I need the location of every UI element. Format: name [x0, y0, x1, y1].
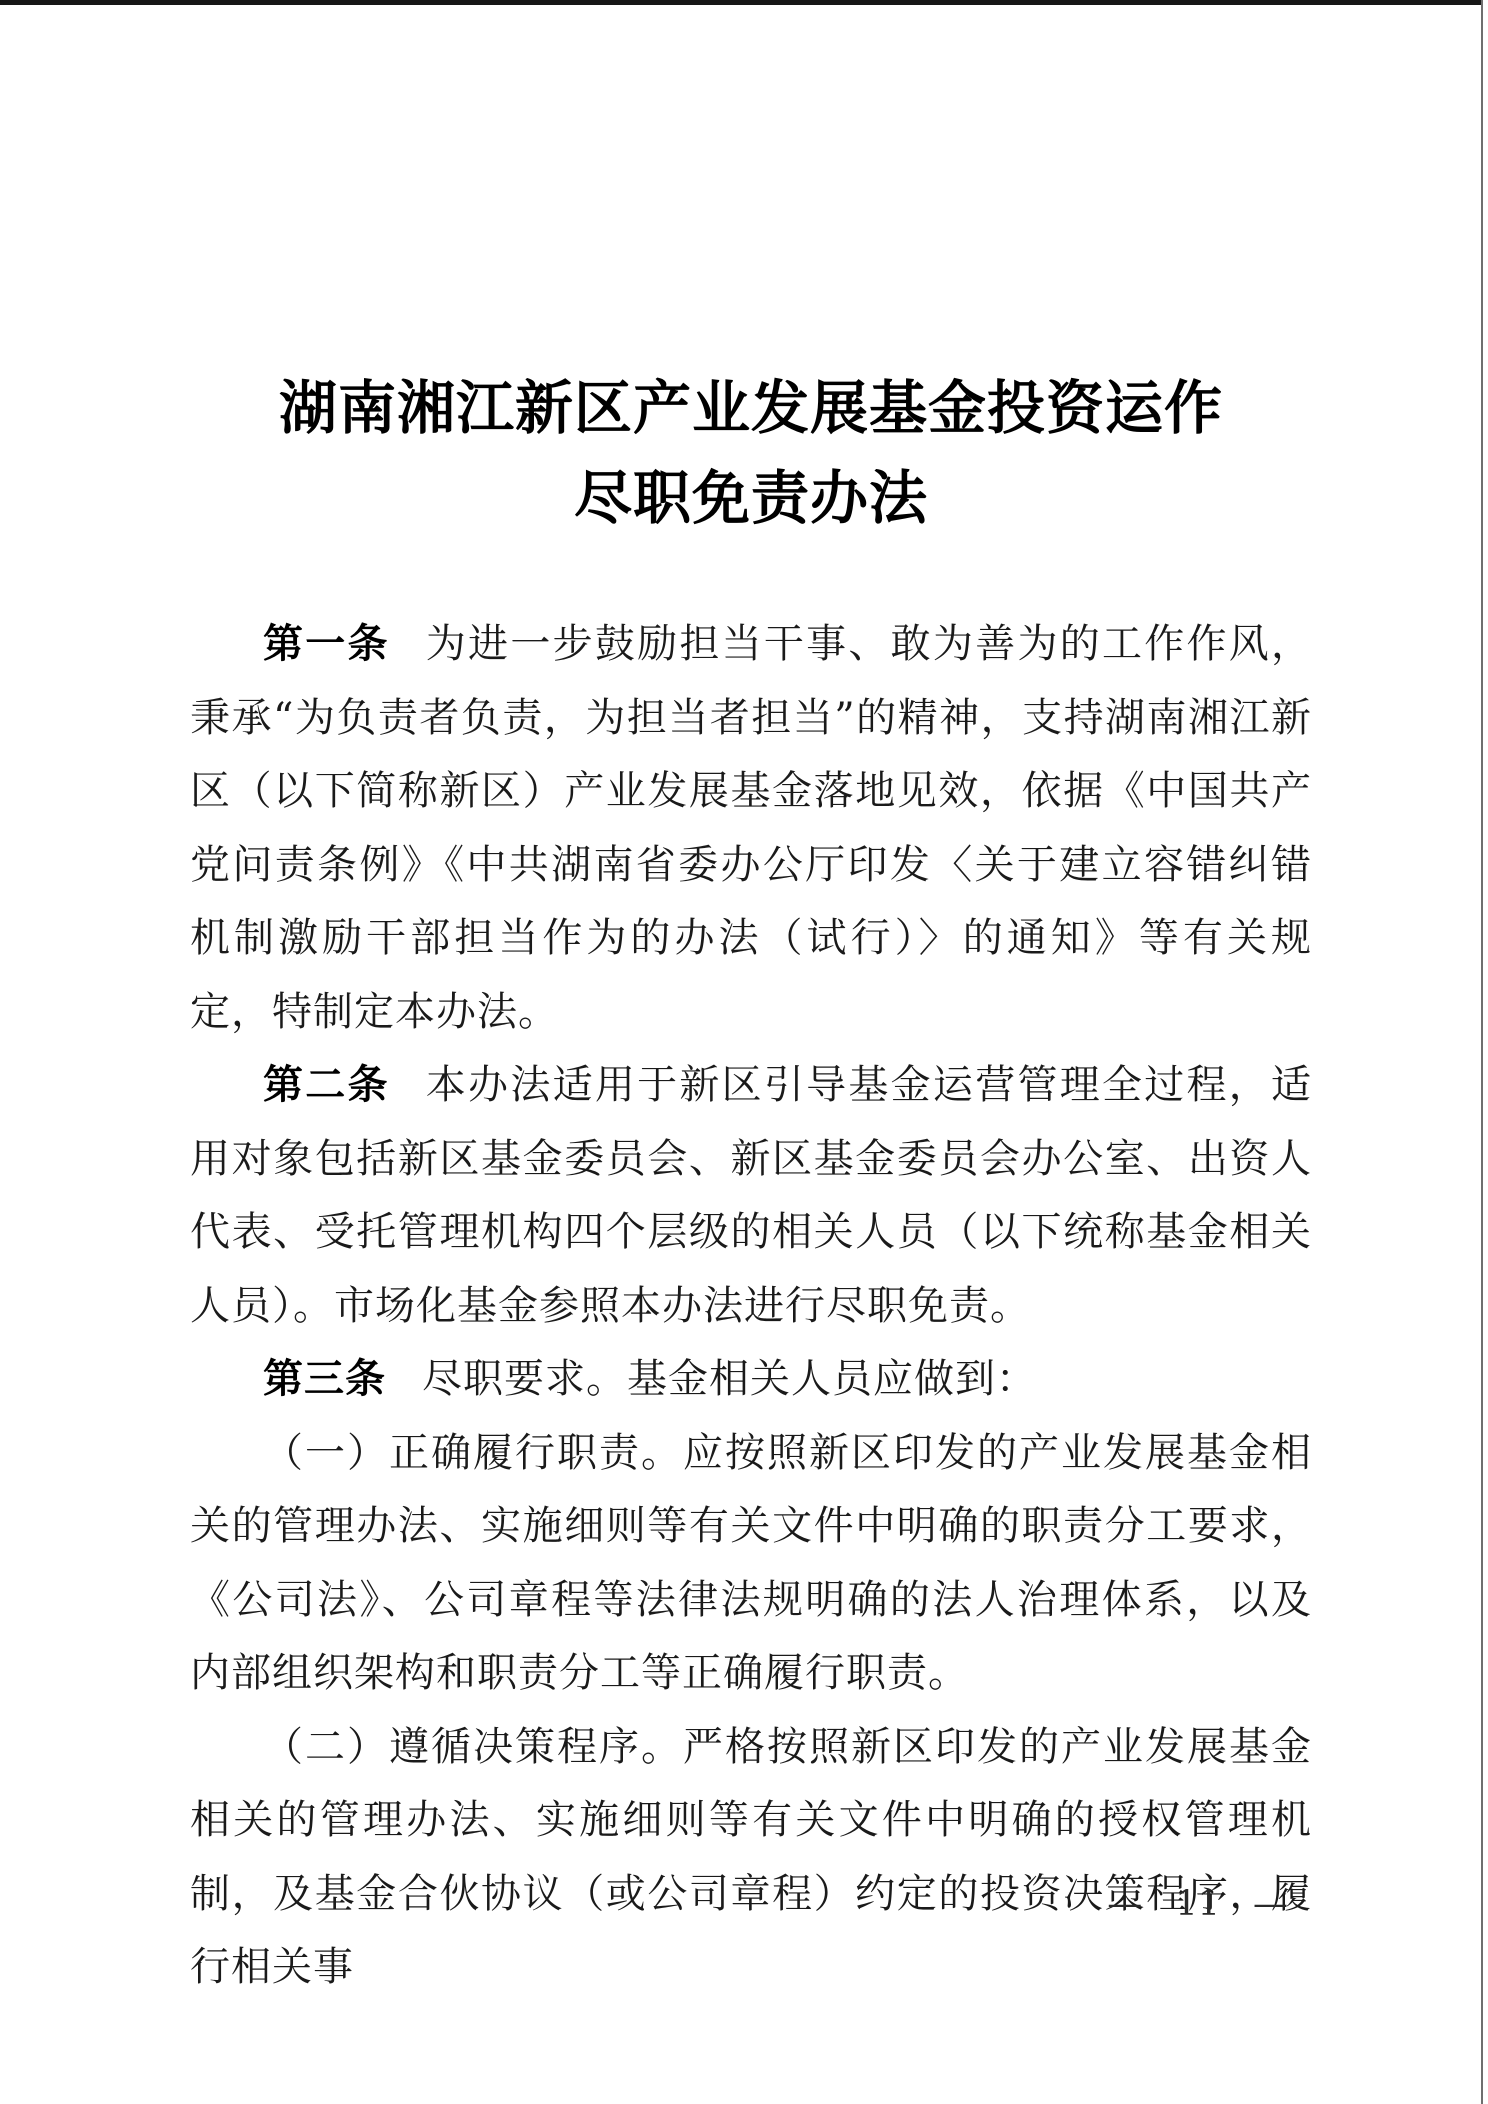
document-title-line1: 湖南湘江新区产业发展基金投资运作 [279, 374, 1223, 442]
body-paragraph: 第二条本办法适用于新区引导基金运营管理全过程，适用对象包括新区基金委员会、新区基… [190, 1049, 1312, 1343]
document-title-line2: 尽职免责办法 [574, 464, 928, 532]
body-paragraph: （二）遵循决策程序。严格按照新区印发的产业发展基金相关的管理办法、实施细则等有关… [190, 1711, 1312, 2005]
article-head: 第一条 [263, 621, 390, 667]
document-page: 湖南湘江新区产业发展基金投资运作 尽职免责办法 第一条为进一步鼓励担当干事、敢为… [0, 0, 1488, 2104]
body-paragraph: 第三条尽职要求。基金相关人员应做到： [190, 1343, 1312, 1417]
scan-right-edge-line [1481, 0, 1483, 2104]
body-paragraphs: 第一条为进一步鼓励担当干事、敢为善为的工作作风，秉承“为负责者负责，为担当者担当… [190, 608, 1312, 2005]
scan-top-edge-artifact [0, 0, 1481, 5]
document-title: 湖南湘江新区产业发展基金投资运作 尽职免责办法 [190, 363, 1312, 543]
paragraph-text: （二）遵循决策程序。严格按照新区印发的产业发展基金相关的管理办法、实施细则等有关… [190, 1724, 1312, 1991]
paragraph-text: 尽职要求。基金相关人员应做到： [422, 1356, 1037, 1402]
page-number: — 11 — [1107, 1884, 1288, 1924]
body-paragraph: （一）正确履行职责。应按照新区印发的产业发展基金相关的管理办法、实施细则等有关文… [190, 1417, 1312, 1711]
article-head: 第二条 [263, 1062, 390, 1108]
page-content: 湖南湘江新区产业发展基金投资运作 尽职免责办法 第一条为进一步鼓励担当干事、敢为… [190, 363, 1312, 2005]
body-paragraph: 第一条为进一步鼓励担当干事、敢为善为的工作作风，秉承“为负责者负责，为担当者担当… [190, 608, 1312, 1049]
paragraph-text: （一）正确履行职责。应按照新区印发的产业发展基金相关的管理办法、实施细则等有关文… [190, 1430, 1312, 1697]
paragraph-text: 为进一步鼓励担当干事、敢为善为的工作作风，秉承“为负责者负责，为担当者担当”的精… [190, 621, 1312, 1035]
article-head: 第三条 [263, 1356, 386, 1402]
